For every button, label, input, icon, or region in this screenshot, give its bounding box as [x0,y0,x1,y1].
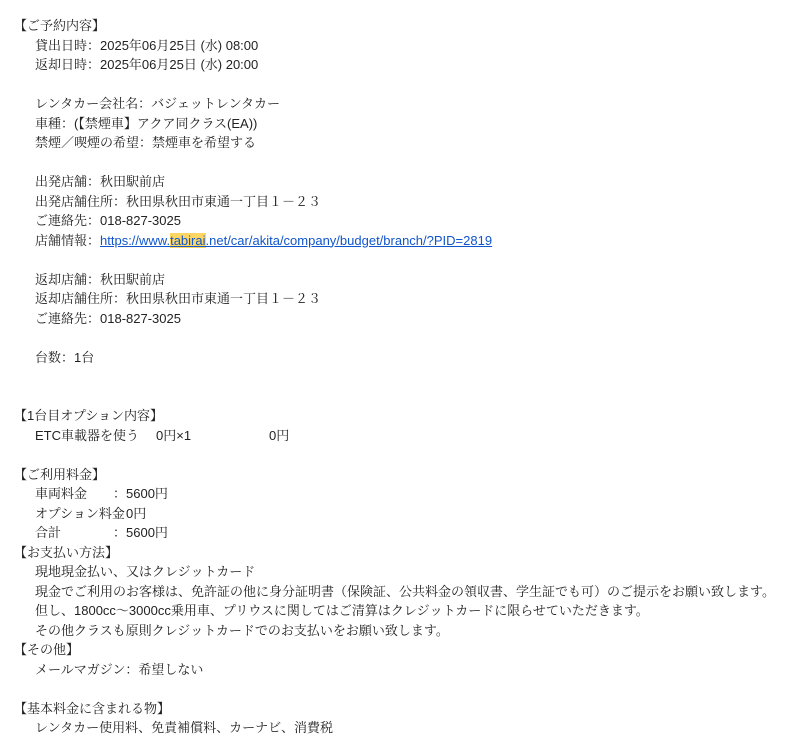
departure-contact: ご連絡先：018-827-3025 [14,211,791,231]
section-header-payment: 【お支払い方法】 [14,543,791,563]
fee-value: ：0円 [113,506,146,521]
store-url-prefix: https://www. [100,233,170,248]
option-name: ETC車載器を使う [35,426,156,446]
departure-store: 出発店舗：秋田駅前店 [14,172,791,192]
return-datetime: 返却日時：2025年06月25日 (水) 20:00 [14,55,791,75]
spacer [14,75,791,95]
fee-value: ：5600円 [113,525,168,540]
payment-line: その他クラスも原則クレジットカードでのお支払いをお願い致します。 [14,621,791,641]
payment-line: 現地現金払い、又はクレジットカード [14,562,791,582]
spacer [14,367,791,387]
store-url-suffix: .net/car/akita/company/budget/branch/?PI… [206,233,493,248]
return-address: 返却店舗住所：秋田県秋田市東通一丁目１－２３ [14,289,791,309]
section-header-included: 【基本料金に含まれる物】 [14,699,791,719]
fee-label: 車両料金 [35,484,113,504]
return-contact: ご連絡先：018-827-3025 [14,309,791,329]
fee-row-vehicle: 車両料金：5600円 [14,484,791,504]
section-header-fees: 【ご利用料金】 [14,465,791,485]
spacer [14,445,791,465]
rental-company: レンタカー会社名：バジェットレンタカー [14,94,791,114]
return-store: 返却店舗：秋田駅前店 [14,270,791,290]
reservation-email-body: 【ご予約内容】 貸出日時：2025年06月25日 (水) 08:00 返却日時：… [0,0,791,738]
payment-line: 現金でご利用のお客様は、免許証の他に身分証明書（保険証、公共料金の領収書、学生証… [14,582,791,602]
fee-label: オプション料金 [35,504,113,524]
smoking-preference: 禁煙／喫煙の希望：禁煙車を希望する [14,133,791,153]
fee-row-total: 合計：5600円 [14,523,791,543]
payment-line: 但し、1800cc～3000cc乗用車、プリウスに関してはご清算はクレジットカー… [14,601,791,621]
section-header-reservation: 【ご予約内容】 [14,16,791,36]
store-info-link[interactable]: https://www.tabirai.net/car/akita/compan… [100,233,492,248]
spacer [14,250,791,270]
fee-label: 合計 [35,523,113,543]
section-header-options: 【1台目オプション内容】 [14,406,791,426]
fee-value: ：5600円 [113,486,168,501]
spacer [14,153,791,173]
store-url-search-highlight: tabirai [170,233,205,248]
spacer [14,679,791,699]
option-total: 0円 [269,428,289,443]
store-info: 店舗情報：https://www.tabirai.net/car/akita/c… [14,231,791,251]
departure-address: 出発店舗住所：秋田県秋田市東通一丁目１－２３ [14,192,791,212]
option-row: ETC車載器を使う0円×10円 [14,426,791,446]
included-items: レンタカー使用料、免責補償料、カーナビ、消費税 [14,718,791,738]
vehicle-count: 台数：1台 [14,348,791,368]
spacer [14,328,791,348]
section-header-other: 【その他】 [14,640,791,660]
option-unit-price: 0円×1 [156,426,269,446]
fee-row-option: オプション料金：0円 [14,504,791,524]
pickup-datetime: 貸出日時：2025年06月25日 (水) 08:00 [14,36,791,56]
car-type: 車種：(【禁煙車】アクア同クラス(EA)) [14,114,791,134]
store-info-label: 店舗情報： [35,233,100,248]
spacer [14,387,791,407]
newsletter-preference: メールマガジン：希望しない [14,660,791,680]
